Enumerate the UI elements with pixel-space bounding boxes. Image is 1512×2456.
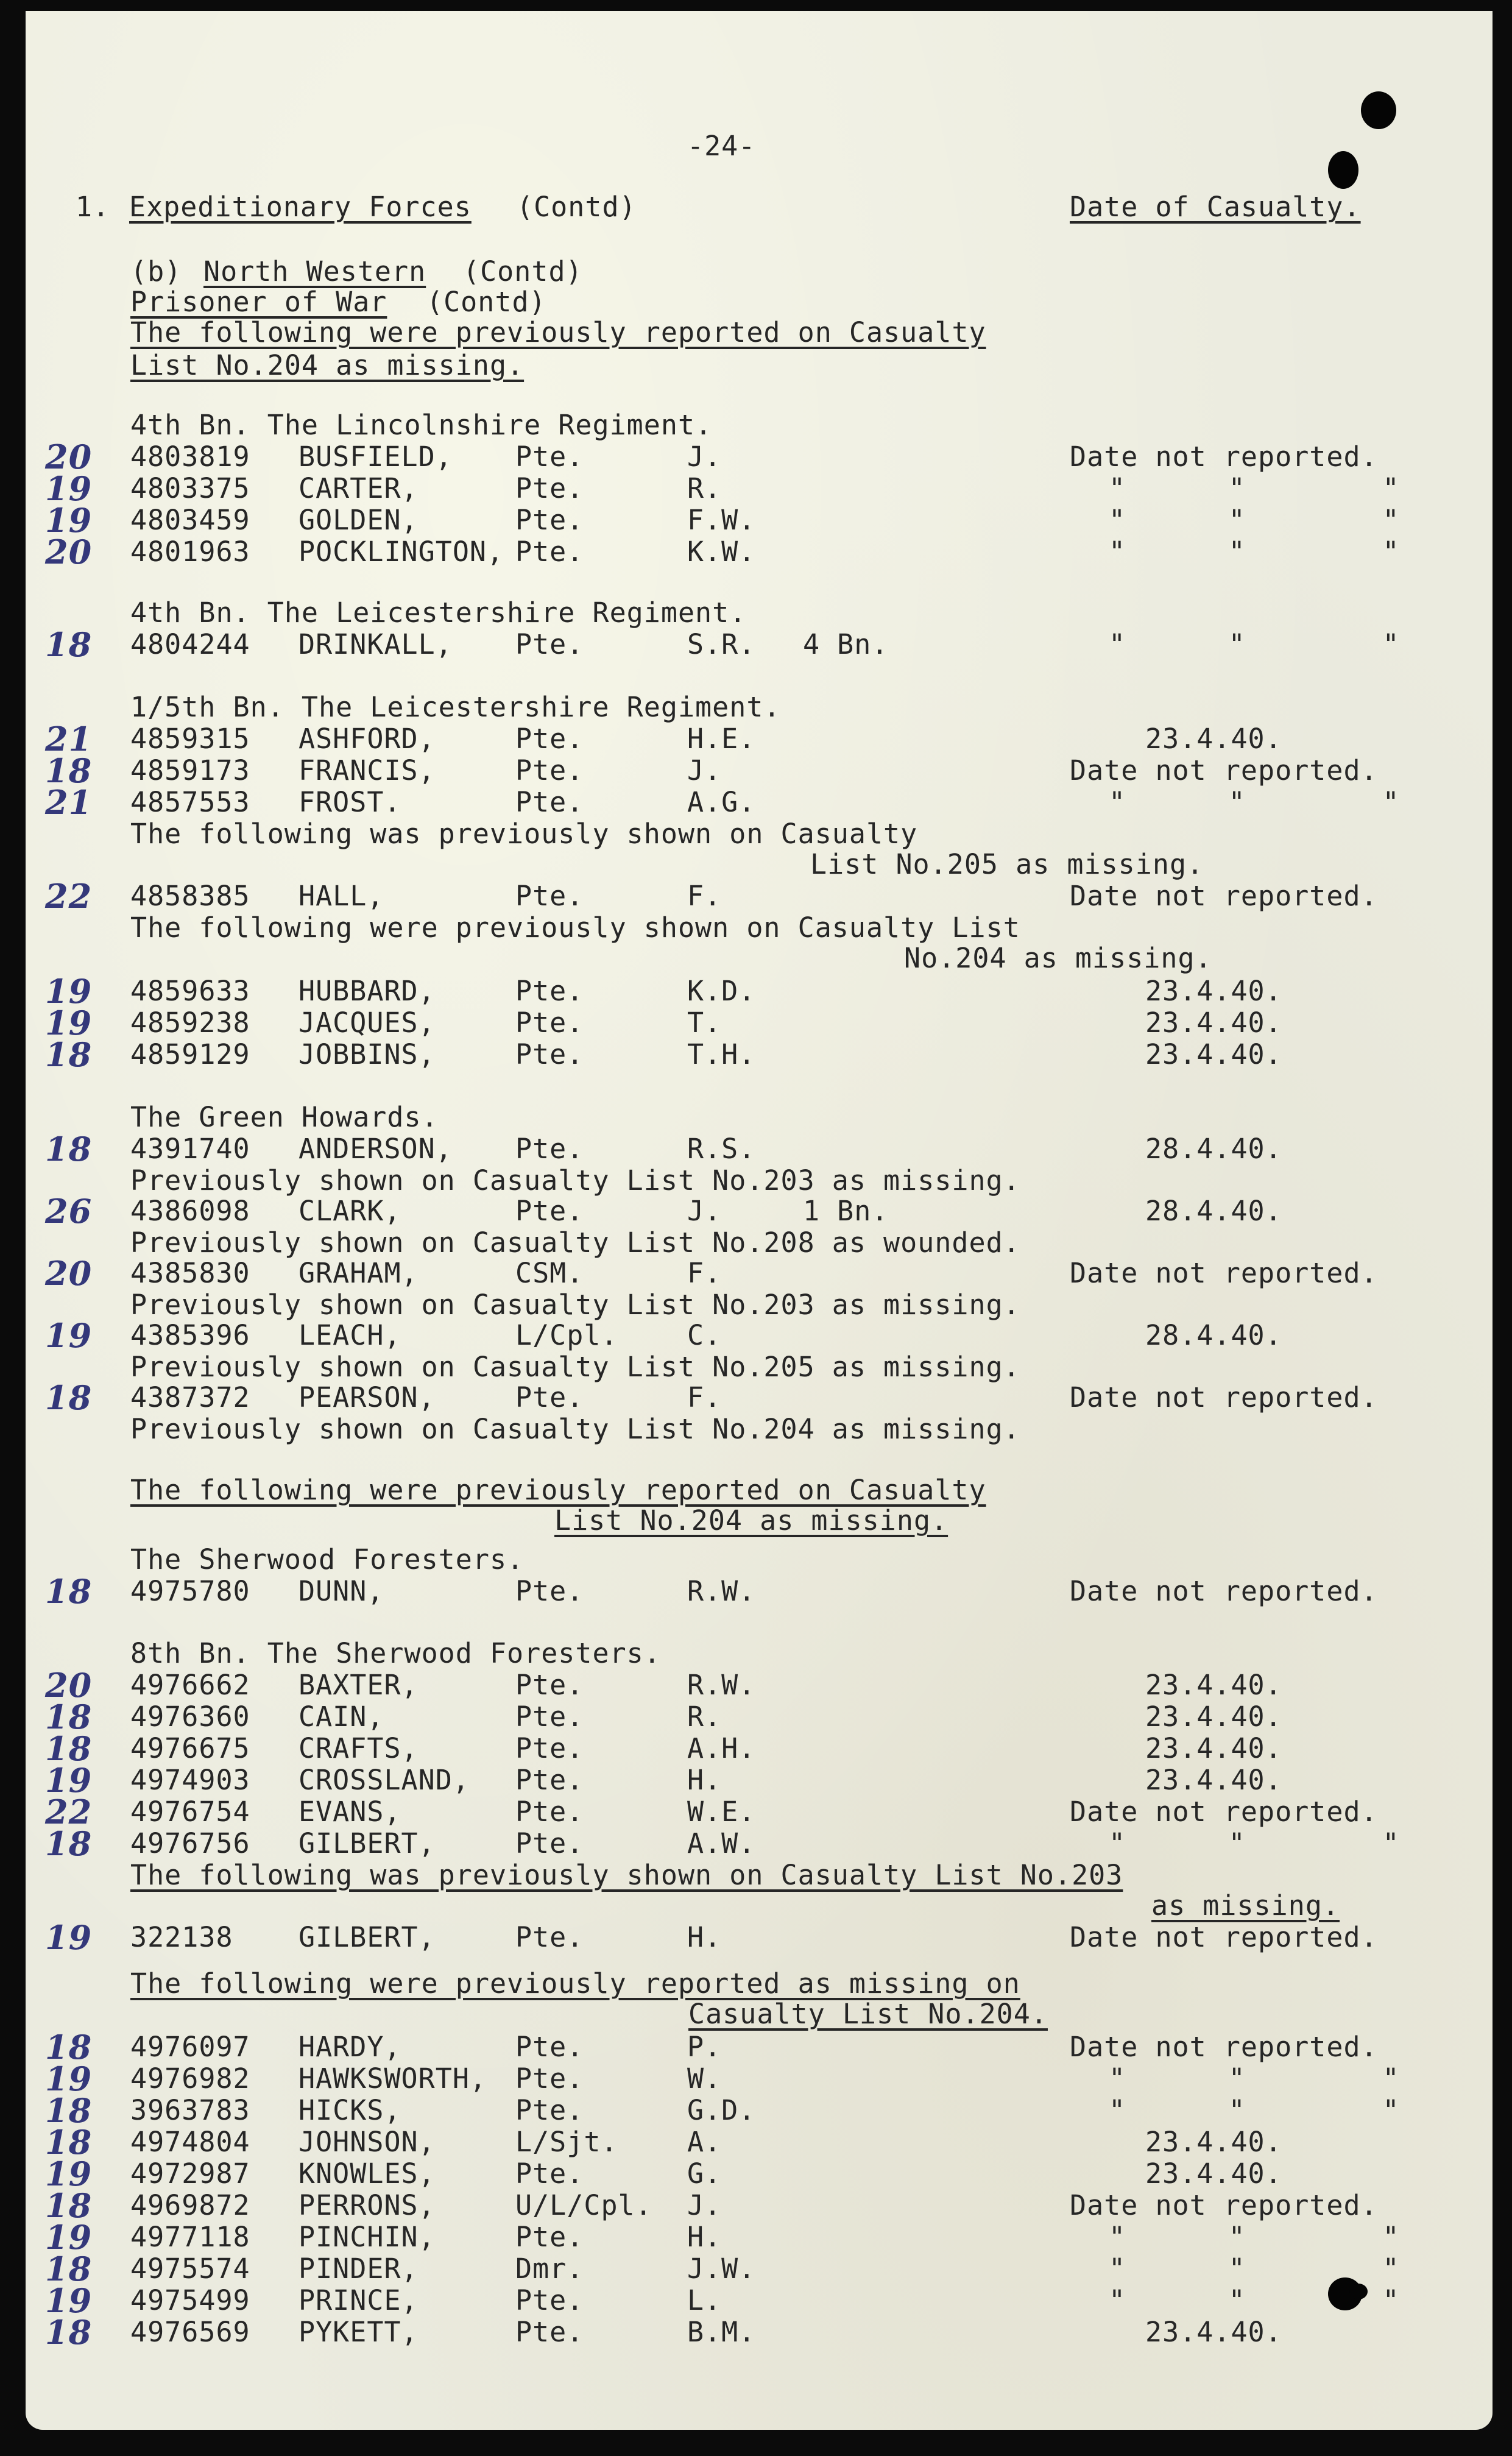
rank: Pte. bbox=[515, 787, 584, 818]
casualty-date: 23.4.40. bbox=[1145, 1733, 1282, 1764]
handwritten-mark: 21 bbox=[45, 723, 92, 755]
army-number: 4859129 bbox=[130, 1039, 250, 1071]
casualty-entry: 204801963POCKLINGTON,Pte.K.W." " " bbox=[0, 536, 1512, 568]
initials: R.W. bbox=[687, 1669, 755, 1701]
initials: H. bbox=[687, 1764, 721, 1796]
casualty-entry: 184975574PINDER,Dmr.J.W." " " bbox=[0, 2253, 1512, 2285]
note-line: No.204 as missing. bbox=[904, 943, 1212, 974]
rank: Pte. bbox=[515, 536, 584, 568]
surname: ANDERSON, bbox=[299, 1133, 453, 1165]
rank: Pte. bbox=[515, 1576, 584, 1607]
casualty-date: 23.4.40. bbox=[1145, 723, 1282, 755]
surname: CAIN, bbox=[299, 1701, 384, 1733]
army-number: 4385830 bbox=[130, 1258, 250, 1289]
initials: P. bbox=[687, 2031, 721, 2063]
note-line: The following were previously shown on C… bbox=[130, 912, 1020, 944]
rank: Dmr. bbox=[515, 2253, 584, 2285]
army-number: 4803459 bbox=[130, 504, 250, 536]
surname: BUSFIELD, bbox=[299, 441, 453, 473]
army-number: 4386098 bbox=[130, 1195, 250, 1227]
casualty-date: Date not reported. bbox=[1070, 1258, 1378, 1289]
initials: J. bbox=[687, 2190, 721, 2221]
casualty-entry: 194859633HUBBARD,Pte.K.D.23.4.40. bbox=[0, 975, 1512, 1007]
unit-heading: 1/5th Bn. The Leicestershire Regiment. bbox=[130, 692, 781, 723]
casualty-date: 23.4.40. bbox=[1145, 1039, 1282, 1071]
army-number: 4969872 bbox=[130, 2190, 250, 2221]
casualty-entry: 194977118PINCHIN,Pte.H." " " bbox=[0, 2221, 1512, 2253]
section-note: as missing. bbox=[1151, 1890, 1340, 1922]
rank: Pte. bbox=[515, 1382, 584, 1414]
surname: PRINCE, bbox=[299, 2285, 419, 2316]
rank: Pte. bbox=[515, 1669, 584, 1701]
handwritten-mark: 22 bbox=[45, 1796, 92, 1828]
previous-list-note: Previously shown on Casualty List No.203… bbox=[130, 1289, 1020, 1321]
handwritten-mark: 18 bbox=[45, 2095, 92, 2126]
casualty-date: Date not reported. bbox=[1070, 880, 1378, 912]
surname: GILBERT, bbox=[299, 1922, 436, 1953]
casualty-entry: 194859238JACQUES,Pte.T.23.4.40. bbox=[0, 1007, 1512, 1039]
casualty-date: Date not reported. bbox=[1070, 1382, 1378, 1414]
section-note: List No.204 as missing. bbox=[554, 1505, 948, 1537]
handwritten-mark: 18 bbox=[45, 755, 92, 787]
casualty-date: " " " bbox=[1109, 2253, 1400, 2285]
handwritten-mark: 19 bbox=[45, 2221, 92, 2253]
army-number: 4976982 bbox=[130, 2063, 250, 2095]
rank: Pte. bbox=[515, 2221, 584, 2253]
casualty-entry: 184976569PYKETT,Pte.B.M.23.4.40. bbox=[0, 2316, 1512, 2348]
surname: GOLDEN, bbox=[299, 504, 419, 536]
surname: EVANS, bbox=[299, 1796, 401, 1828]
surname: PYKETT, bbox=[299, 2316, 419, 2348]
surname: PINCHIN, bbox=[299, 2221, 436, 2253]
surname: HARDY, bbox=[299, 2031, 401, 2063]
army-number: 4976360 bbox=[130, 1701, 250, 1733]
surname: JACQUES, bbox=[299, 1007, 436, 1039]
initials: R.S. bbox=[687, 1133, 755, 1165]
section-note: The following were previously reported o… bbox=[130, 1474, 986, 1506]
casualty-date: " " " bbox=[1109, 2095, 1400, 2126]
casualty-date: 28.4.40. bbox=[1145, 1320, 1282, 1351]
casualty-date: Date not reported. bbox=[1070, 1576, 1378, 1607]
rank: Pte. bbox=[515, 1828, 584, 1860]
surname: POCKLINGTON, bbox=[299, 536, 504, 568]
rank: Pte. bbox=[515, 723, 584, 755]
casualty-date: Date not reported. bbox=[1070, 1922, 1378, 1953]
handwritten-mark: 20 bbox=[45, 441, 92, 473]
rank: Pte. bbox=[515, 1007, 584, 1039]
casualty-entry: 264386098CLARK,Pte.J.1 Bn.28.4.40. bbox=[0, 1195, 1512, 1227]
army-number: 4859238 bbox=[130, 1007, 250, 1039]
army-number: 4857553 bbox=[130, 787, 250, 818]
handwritten-mark: 18 bbox=[45, 2253, 92, 2285]
rank: Pte. bbox=[515, 504, 584, 536]
page-number: -24- bbox=[687, 130, 755, 162]
casualty-entry: 204803819BUSFIELD,Pte.J.Date not reporte… bbox=[0, 441, 1512, 473]
surname: PINDER, bbox=[299, 2253, 419, 2285]
army-number: 4859315 bbox=[130, 723, 250, 755]
handwritten-mark: 20 bbox=[45, 536, 92, 568]
previous-list-note: Previously shown on Casualty List No.204… bbox=[130, 1414, 1020, 1445]
casualty-date: " " " bbox=[1109, 1828, 1400, 1860]
handwritten-mark: 19 bbox=[45, 1922, 92, 1953]
surname: GILBERT, bbox=[299, 1828, 436, 1860]
handwritten-mark: 19 bbox=[45, 975, 92, 1007]
surname: LEACH, bbox=[299, 1320, 401, 1351]
surname: DUNN, bbox=[299, 1576, 384, 1607]
initials: W.E. bbox=[687, 1796, 755, 1828]
theatre-suffix: (Contd) bbox=[463, 256, 583, 288]
army-number: 4976754 bbox=[130, 1796, 250, 1828]
previous-list-note: Previously shown on Casualty List No.203… bbox=[130, 1165, 1020, 1197]
casualty-entry: 224976754EVANS,Pte.W.E.Date not reported… bbox=[0, 1796, 1512, 1828]
casualty-date: " " " bbox=[1109, 787, 1400, 818]
initials: H. bbox=[687, 2221, 721, 2253]
army-number: 4387372 bbox=[130, 1382, 250, 1414]
unit-heading: 4th Bn. The Leicestershire Regiment. bbox=[130, 597, 746, 629]
initials: G.D. bbox=[687, 2095, 755, 2126]
handwritten-mark: 18 bbox=[45, 1576, 92, 1607]
sub-heading-note-line2: List No.204 as missing. bbox=[130, 350, 524, 381]
casualty-entry: 214859315ASHFORD,Pte.H.E.23.4.40. bbox=[0, 723, 1512, 755]
army-number: 4803819 bbox=[130, 441, 250, 473]
initials: K.D. bbox=[687, 975, 755, 1007]
casualty-entry: 184974804JOHNSON,L/Sjt.A.23.4.40. bbox=[0, 2126, 1512, 2158]
casualty-date: " " " bbox=[1109, 629, 1400, 660]
rank: Pte. bbox=[515, 975, 584, 1007]
rank: U/L/Cpl. bbox=[515, 2190, 652, 2221]
army-number: 4803375 bbox=[130, 473, 250, 504]
initials: F. bbox=[687, 1382, 721, 1414]
handwritten-mark: 19 bbox=[45, 2285, 92, 2316]
casualty-entry: 194385396LEACH,L/Cpl.C.28.4.40. bbox=[0, 1320, 1512, 1351]
initials: G. bbox=[687, 2158, 721, 2190]
rank: Pte. bbox=[515, 2316, 584, 2348]
casualty-date: 23.4.40. bbox=[1145, 1701, 1282, 1733]
handwritten-mark: 19 bbox=[45, 1007, 92, 1039]
section-note: The following were previously reported a… bbox=[130, 1968, 1020, 2000]
sub-heading-note-line1: The following were previously reported o… bbox=[130, 317, 986, 349]
initials: F.W. bbox=[687, 504, 755, 536]
rank: Pte. bbox=[515, 2285, 584, 2316]
section-number: 1. bbox=[76, 191, 110, 223]
casualty-date: 23.4.40. bbox=[1145, 1764, 1282, 1796]
casualty-entry: 214857553FROST.Pte.A.G." " " bbox=[0, 787, 1512, 818]
handwritten-mark: 18 bbox=[45, 1701, 92, 1733]
handwritten-mark: 20 bbox=[45, 1258, 92, 1289]
rank: Pte. bbox=[515, 473, 584, 504]
army-number: 4975780 bbox=[130, 1576, 250, 1607]
casualty-entry: 194972987KNOWLES,Pte.G.23.4.40. bbox=[0, 2158, 1512, 2190]
rank: Pte. bbox=[515, 1922, 584, 1953]
handwritten-mark: 18 bbox=[45, 1733, 92, 1764]
date-column-header: Date of Casualty. bbox=[1070, 191, 1361, 223]
casualty-entry: 184859173FRANCIS,Pte.J.Date not reported… bbox=[0, 755, 1512, 787]
army-number: 4804244 bbox=[130, 629, 250, 660]
rank: Pte. bbox=[515, 755, 584, 787]
casualty-date: 23.4.40. bbox=[1145, 1669, 1282, 1701]
surname: PERRONS, bbox=[299, 2190, 436, 2221]
unit-heading: 8th Bn. The Sherwood Foresters. bbox=[130, 1638, 661, 1669]
handwritten-mark: 22 bbox=[45, 880, 92, 912]
surname: HICKS, bbox=[299, 2095, 401, 2126]
theatre-prefix: (b) bbox=[130, 256, 182, 288]
initials: T.H. bbox=[687, 1039, 755, 1071]
casualty-date: " " " bbox=[1109, 2063, 1400, 2095]
surname: FROST. bbox=[299, 787, 401, 818]
initials: K.W. bbox=[687, 536, 755, 568]
rank: Pte. bbox=[515, 1039, 584, 1071]
rank: Pte. bbox=[515, 2063, 584, 2095]
handwritten-mark: 18 bbox=[45, 2316, 92, 2348]
casualty-entry: 194803375CARTER,Pte.R." " " bbox=[0, 473, 1512, 504]
casualty-entry: 194976982HAWKSWORTH,Pte.W." " " bbox=[0, 2063, 1512, 2095]
initials: B.M. bbox=[687, 2316, 755, 2348]
casualty-date: Date not reported. bbox=[1070, 2190, 1378, 2221]
handwritten-mark: 19 bbox=[45, 1764, 92, 1796]
army-number: 4976675 bbox=[130, 1733, 250, 1764]
casualty-entry: 184969872PERRONS,U/L/Cpl.J.Date not repo… bbox=[0, 2190, 1512, 2221]
casualty-date: 23.4.40. bbox=[1145, 2316, 1282, 2348]
rank: Pte. bbox=[515, 1133, 584, 1165]
surname: PEARSON, bbox=[299, 1382, 436, 1414]
initials: R.W. bbox=[687, 1576, 755, 1607]
army-number: 4974903 bbox=[130, 1764, 250, 1796]
initials: W. bbox=[687, 2063, 721, 2095]
initials: F. bbox=[687, 1258, 721, 1289]
surname: JOBBINS, bbox=[299, 1039, 436, 1071]
surname: HUBBARD, bbox=[299, 975, 436, 1007]
casualty-entry: 184387372PEARSON,Pte.F.Date not reported… bbox=[0, 1382, 1512, 1414]
rank: Pte. bbox=[515, 2158, 584, 2190]
previous-list-note: Previously shown on Casualty List No.208… bbox=[130, 1227, 1020, 1259]
unit-heading: 4th Bn. The Lincolnshire Regiment. bbox=[130, 409, 712, 441]
casualty-date: 28.4.40. bbox=[1145, 1195, 1282, 1227]
initials: A.G. bbox=[687, 787, 755, 818]
rank: Pte. bbox=[515, 880, 584, 912]
handwritten-mark: 18 bbox=[45, 2031, 92, 2063]
surname: JOHNSON, bbox=[299, 2126, 436, 2158]
army-number: 4974804 bbox=[130, 2126, 250, 2158]
rank: Pte. bbox=[515, 1733, 584, 1764]
surname: DRINKALL, bbox=[299, 629, 453, 660]
army-number: 4975499 bbox=[130, 2285, 250, 2316]
army-number: 4976097 bbox=[130, 2031, 250, 2063]
rank: Pte. bbox=[515, 441, 584, 473]
handwritten-mark: 19 bbox=[45, 2063, 92, 2095]
rank: Pte. bbox=[515, 629, 584, 660]
army-number: 322138 bbox=[130, 1922, 233, 1953]
casualty-entry: 184976675CRAFTS,Pte.A.H.23.4.40. bbox=[0, 1733, 1512, 1764]
rank: Pte. bbox=[515, 1796, 584, 1828]
surname: CLARK, bbox=[299, 1195, 401, 1227]
rank: Pte. bbox=[515, 2031, 584, 2063]
initials: J. bbox=[687, 755, 721, 787]
initials: T. bbox=[687, 1007, 721, 1039]
initials: L. bbox=[687, 2285, 721, 2316]
handwritten-mark: 20 bbox=[45, 1669, 92, 1701]
casualty-list-document: -24- 1. Expeditionary Forces (Contd) Dat… bbox=[0, 0, 1512, 2456]
casualty-date: Date not reported. bbox=[1070, 1796, 1378, 1828]
army-number: 4972987 bbox=[130, 2158, 250, 2190]
casualty-date: 23.4.40. bbox=[1145, 2158, 1282, 2190]
note-line: The following was previously shown on Ca… bbox=[130, 818, 917, 850]
casualty-date: 28.4.40. bbox=[1145, 1133, 1282, 1165]
initials: J. bbox=[687, 441, 721, 473]
handwritten-mark: 18 bbox=[45, 2190, 92, 2221]
casualty-entry: 184976360CAIN,Pte.R.23.4.40. bbox=[0, 1701, 1512, 1733]
initials: A. bbox=[687, 2126, 721, 2158]
initials: S.R. bbox=[687, 629, 755, 660]
rank: L/Sjt. bbox=[515, 2126, 618, 2158]
surname: ASHFORD, bbox=[299, 723, 436, 755]
initials: H. bbox=[687, 1922, 721, 1953]
casualty-entry: 224858385HALL,Pte.F.Date not reported. bbox=[0, 880, 1512, 912]
casualty-entry: 194974903CROSSLAND,Pte.H.23.4.40. bbox=[0, 1764, 1512, 1796]
casualty-date: Date not reported. bbox=[1070, 755, 1378, 787]
initials: A.W. bbox=[687, 1828, 755, 1860]
casualty-entry: 19322138GILBERT,Pte.H.Date not reported. bbox=[0, 1922, 1512, 1953]
casualty-entry: 194975499PRINCE,Pte.L." " " bbox=[0, 2285, 1512, 2316]
casualty-date: " " " bbox=[1109, 536, 1400, 568]
note-line: List No.205 as missing. bbox=[810, 849, 1204, 880]
army-number: 4391740 bbox=[130, 1133, 250, 1165]
casualty-date: " " " bbox=[1109, 473, 1400, 504]
category-suffix: (Contd) bbox=[426, 286, 546, 318]
army-number: 4859633 bbox=[130, 975, 250, 1007]
section-suffix: (Contd) bbox=[517, 191, 637, 223]
casualty-entry: 184976756GILBERT,Pte.A.W." " " bbox=[0, 1828, 1512, 1860]
casualty-date: " " " bbox=[1109, 504, 1400, 536]
casualty-entry: 194803459GOLDEN,Pte.F.W." " " bbox=[0, 504, 1512, 536]
theatre-name: North Western bbox=[203, 256, 426, 288]
unit-heading: The Green Howards. bbox=[130, 1102, 439, 1133]
handwritten-mark: 18 bbox=[45, 1133, 92, 1165]
surname: BAXTER, bbox=[299, 1669, 419, 1701]
army-number: 4385396 bbox=[130, 1320, 250, 1351]
handwritten-mark: 18 bbox=[45, 1039, 92, 1071]
army-number: 4977118 bbox=[130, 2221, 250, 2253]
casualty-entry: 183963783HICKS,Pte.G.D." " " bbox=[0, 2095, 1512, 2126]
initials: A.H. bbox=[687, 1733, 755, 1764]
casualty-entry: 184859129JOBBINS,Pte.T.H.23.4.40. bbox=[0, 1039, 1512, 1071]
handwritten-mark: 18 bbox=[45, 1828, 92, 1860]
rank: Pte. bbox=[515, 1764, 584, 1796]
casualty-entry: 204976662BAXTER,Pte.R.W.23.4.40. bbox=[0, 1669, 1512, 1701]
army-number: 4976662 bbox=[130, 1669, 250, 1701]
surname: CRAFTS, bbox=[299, 1733, 419, 1764]
casualty-entry: 184976097HARDY,Pte.P.Date not reported. bbox=[0, 2031, 1512, 2063]
army-number: 4976756 bbox=[130, 1828, 250, 1860]
casualty-date: Date not reported. bbox=[1070, 2031, 1378, 2063]
surname: KNOWLES, bbox=[299, 2158, 436, 2190]
casualty-entry: 184804244DRINKALL,Pte.S.R.4 Bn." " " bbox=[0, 629, 1512, 660]
handwritten-mark: 18 bbox=[45, 1382, 92, 1414]
handwritten-mark: 18 bbox=[45, 629, 92, 660]
handwritten-mark: 19 bbox=[45, 2158, 92, 2190]
surname: HALL, bbox=[299, 880, 384, 912]
handwritten-mark: 18 bbox=[45, 2126, 92, 2158]
handwritten-mark: 19 bbox=[45, 504, 92, 536]
surname: CROSSLAND, bbox=[299, 1764, 470, 1796]
handwritten-mark: 19 bbox=[45, 473, 92, 504]
surname: CARTER, bbox=[299, 473, 419, 504]
handwritten-mark: 26 bbox=[45, 1195, 92, 1227]
casualty-date: Date not reported. bbox=[1070, 441, 1378, 473]
rank: Pte. bbox=[515, 1701, 584, 1733]
casualty-date: " " " bbox=[1109, 2221, 1400, 2253]
casualty-date: 23.4.40. bbox=[1145, 2126, 1282, 2158]
handwritten-mark: 21 bbox=[45, 787, 92, 818]
army-number: 4976569 bbox=[130, 2316, 250, 2348]
army-number: 4975574 bbox=[130, 2253, 250, 2285]
handwritten-mark: 19 bbox=[45, 1320, 92, 1351]
previous-list-note: Previously shown on Casualty List No.205… bbox=[130, 1351, 1020, 1383]
unit-note: 1 Bn. bbox=[803, 1195, 888, 1227]
category-title: Prisoner of War bbox=[130, 286, 387, 318]
rank: L/Cpl. bbox=[515, 1320, 618, 1351]
casualty-date: 23.4.40. bbox=[1145, 975, 1282, 1007]
unit-heading: The Sherwood Foresters. bbox=[130, 1544, 524, 1576]
casualty-date: 23.4.40. bbox=[1145, 1007, 1282, 1039]
section-note: The following was previously shown on Ca… bbox=[130, 1860, 1123, 1891]
section-note: Casualty List No.204. bbox=[688, 1998, 1048, 2030]
initials: J. bbox=[687, 1195, 721, 1227]
casualty-entry: 184391740ANDERSON,Pte.R.S.28.4.40. bbox=[0, 1133, 1512, 1165]
casualty-entry: 204385830GRAHAM,CSM.F.Date not reported. bbox=[0, 1258, 1512, 1289]
initials: F. bbox=[687, 880, 721, 912]
army-number: 3963783 bbox=[130, 2095, 250, 2126]
rank: Pte. bbox=[515, 2095, 584, 2126]
section-title: Expeditionary Forces bbox=[129, 191, 472, 223]
casualty-entry: 184975780DUNN,Pte.R.W.Date not reported. bbox=[0, 1576, 1512, 1607]
initials: J.W. bbox=[687, 2253, 755, 2285]
rank: Pte. bbox=[515, 1195, 584, 1227]
army-number: 4858385 bbox=[130, 880, 250, 912]
surname: FRANCIS, bbox=[299, 755, 436, 787]
initials: R. bbox=[687, 473, 721, 504]
initials: C. bbox=[687, 1320, 721, 1351]
rank: CSM. bbox=[515, 1258, 584, 1289]
unit-note: 4 Bn. bbox=[803, 629, 888, 660]
army-number: 4859173 bbox=[130, 755, 250, 787]
initials: H.E. bbox=[687, 723, 755, 755]
initials: R. bbox=[687, 1701, 721, 1733]
casualty-date: " " " bbox=[1109, 2285, 1400, 2316]
army-number: 4801963 bbox=[130, 536, 250, 568]
surname: HAWKSWORTH, bbox=[299, 2063, 487, 2095]
surname: GRAHAM, bbox=[299, 1258, 419, 1289]
